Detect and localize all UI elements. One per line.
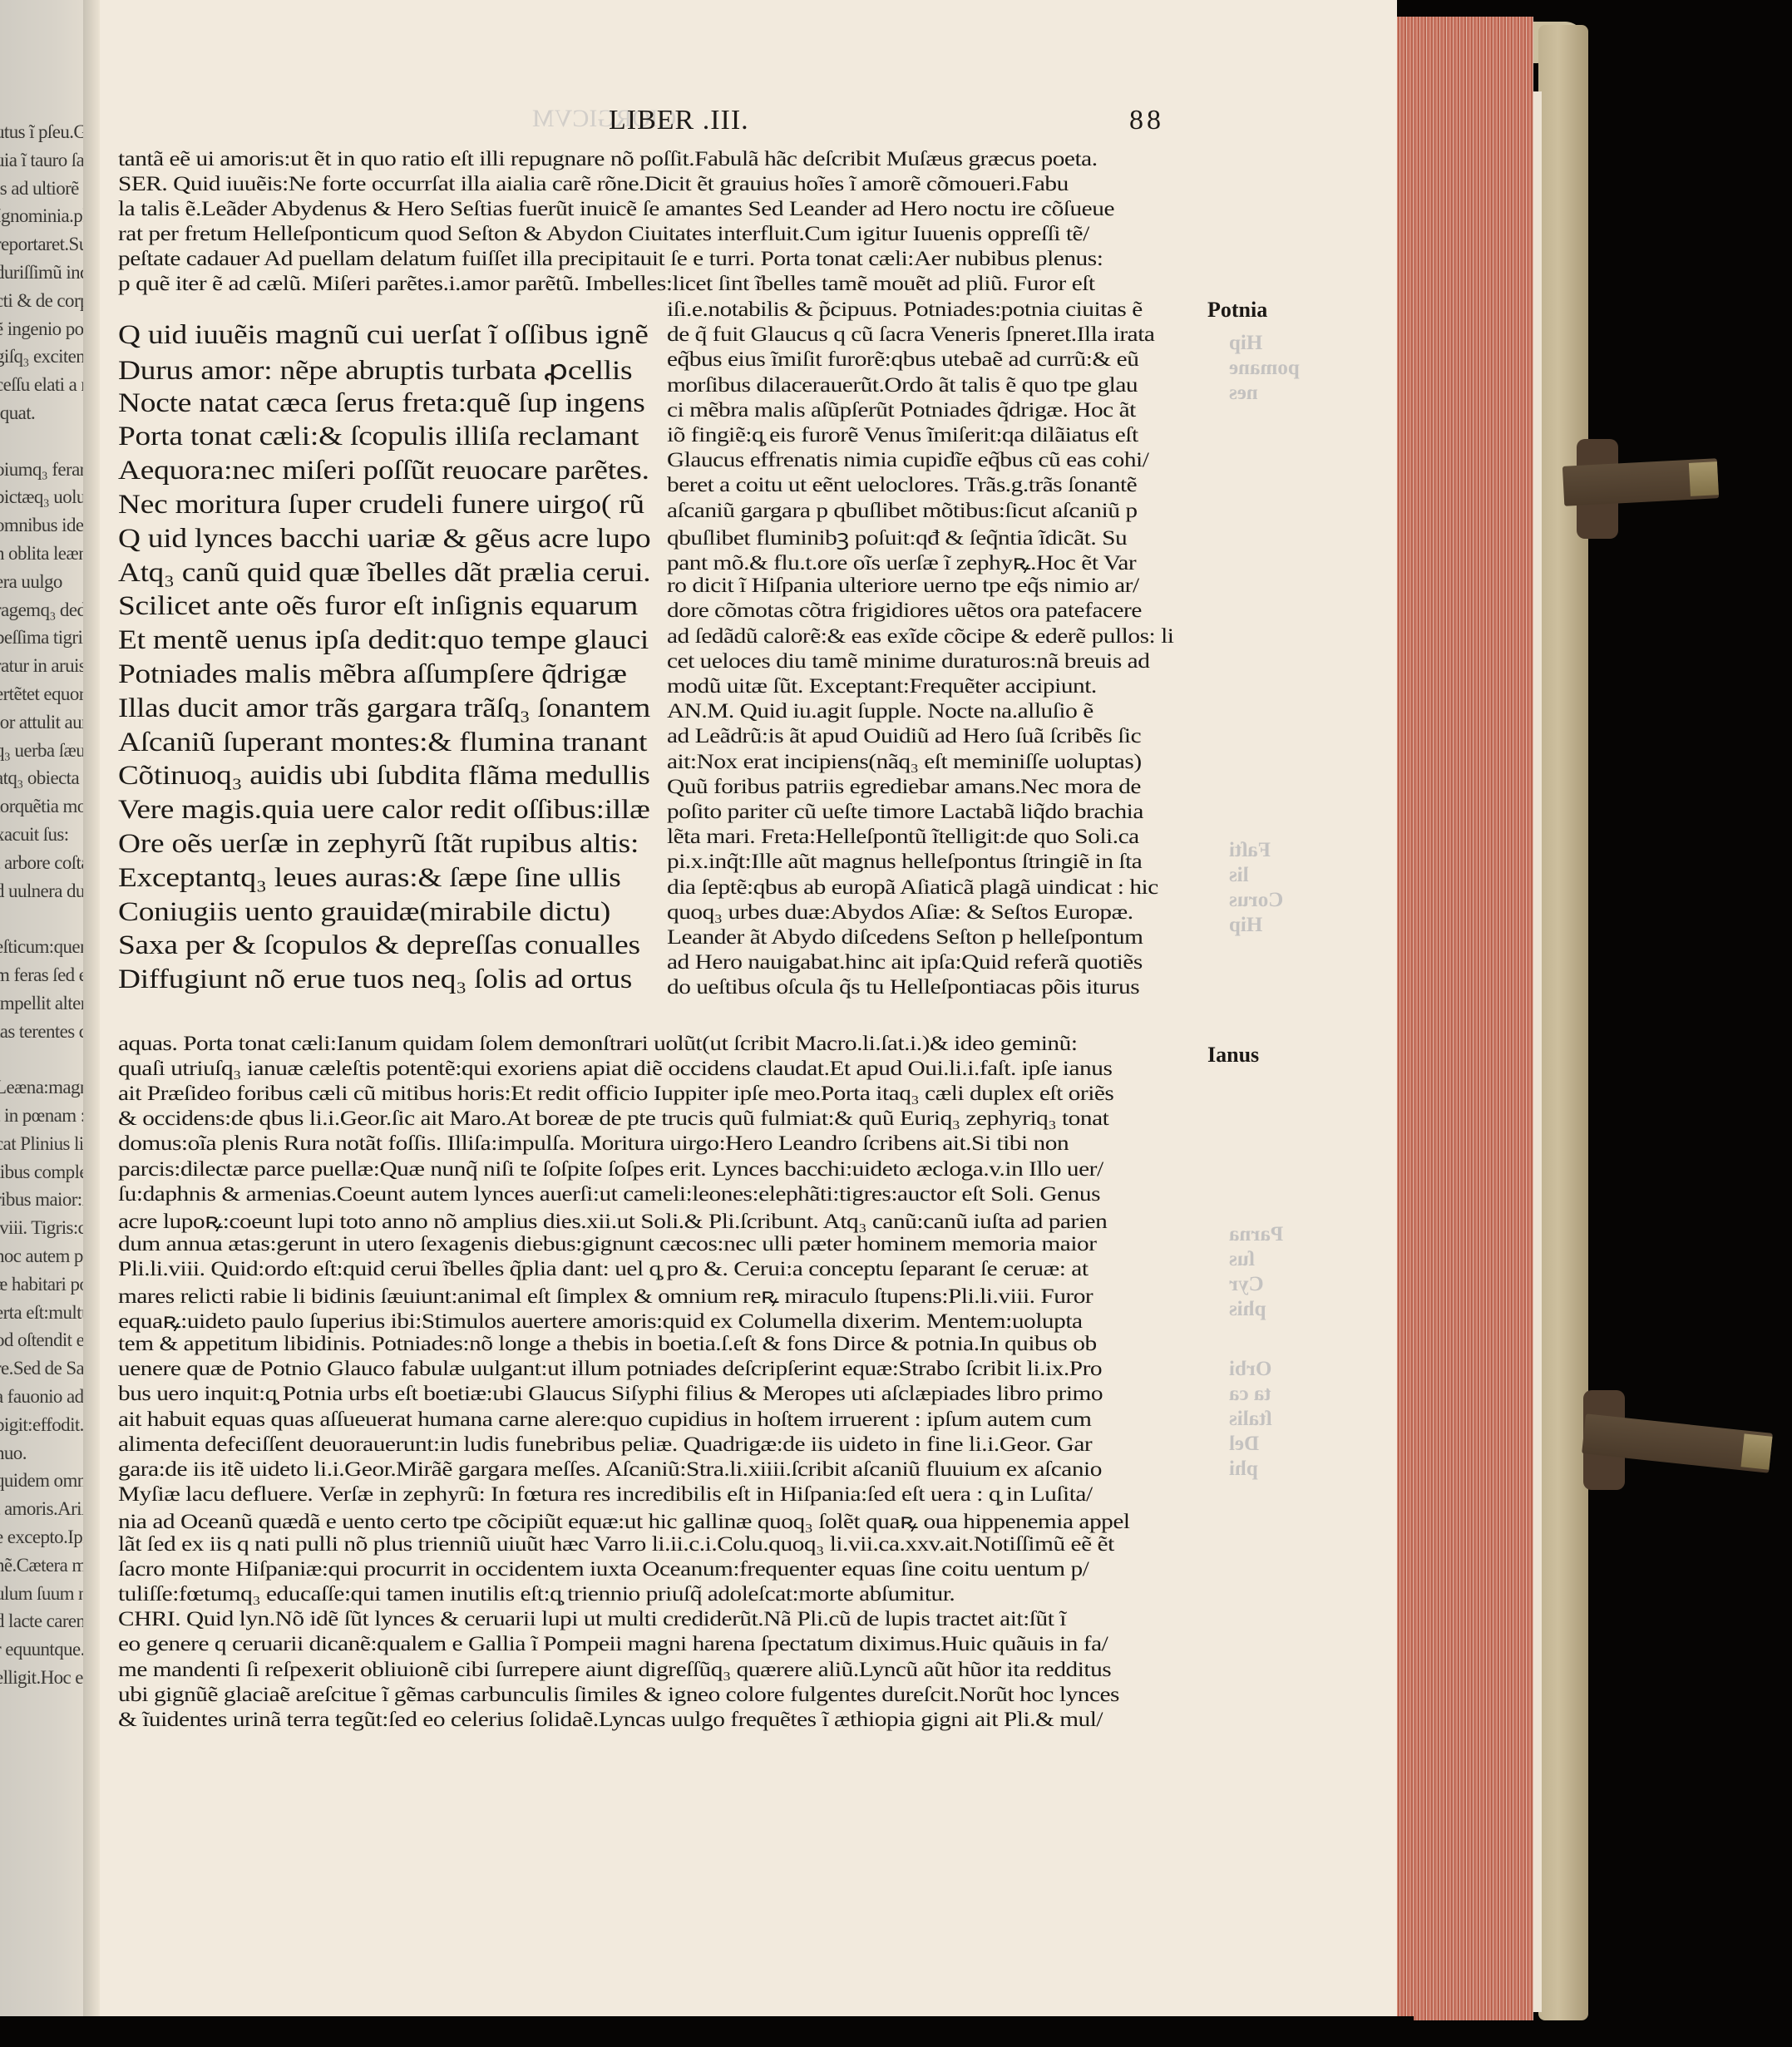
left-page-verso: utus ĩ pſeu.Gẽuia ĩ tauro ſangis ad ulti… — [0, 0, 93, 2047]
bottomProse-line: ait Præſideo foribus cæli cũ mitibus hor… — [118, 1081, 1113, 1106]
verso-text-fragment: ceſſu elati a null — [0, 371, 93, 399]
verso-text-fragment: ratur in aruis — [0, 652, 93, 680]
verso-text-fragment: re.Sed de Sabellis uideto — [0, 1354, 93, 1383]
verso-text-fragment: nuo. — [0, 1439, 93, 1467]
red-stained-fore-edge — [1387, 17, 1533, 2020]
rightCol-line: ad ſedãdũ calorẽ:& eas exĩde cõcipe & ed… — [667, 624, 1173, 649]
verso-text-fragment: impellit alterni — [0, 989, 93, 1018]
bottomProse-line: lãt ſed ex iis q nati pulli nõ plus trie… — [118, 1532, 1114, 1556]
bleed-through-word: lis — [1229, 863, 1283, 888]
bottomProse-line: aquas. Porta tonat cæli:Ianum quidam ſol… — [118, 1031, 1078, 1056]
rightCol-line: do ueſtibus oſcula q̃s tu Helleſpontiaca… — [667, 974, 1139, 999]
verso-text-fragment: Leæna:magna le — [0, 1073, 93, 1102]
verso-text-fragment: ertẽtet equorũ — [0, 680, 93, 708]
bottomProse-line: acre lupoꝶ:coeunt lupi toto anno nõ ampl… — [118, 1206, 1107, 1235]
verso-text-fragment: t amoris.Ariſtoteles enim — [0, 1495, 93, 1523]
rightCol-line: modũ uitæ ſũt. Exceptant:Frequẽter accip… — [667, 673, 1097, 698]
topProse-line: p quẽ iter ẽ ad cælũ. Miſeri parẽtes.i.a… — [118, 271, 1095, 296]
verse-line: Q uid lynces bacchi uariæ & gẽus acre lu… — [118, 524, 650, 555]
bleed-through-word: Faſti — [1229, 838, 1283, 863]
bottomProse-line: Myſiæ lacu defluere. Verſæ in zephyrũ: I… — [118, 1482, 1093, 1507]
bleed-through-word: phis — [1229, 1297, 1283, 1322]
verso-text-fragment: t arbore coſtas — [0, 849, 93, 877]
folio-number: 88 — [1129, 105, 1164, 136]
rightCol-line: ad Leãdrũ:is ãt apud Ouidiũ ad Hero ſuã … — [667, 723, 1141, 748]
verso-text-fragment: d lacte carentes deprau — [0, 1607, 93, 1635]
rightCol-line: ait:Nox erat incipiens(nãq₃ eſt meminiſſ… — [667, 749, 1142, 774]
bottomProse-line: eo genere q ceruarii dicanẽ:qualem e Gal… — [118, 1631, 1108, 1656]
rightCol-line: qbuſlibet fluminibꝫ poſuit:qđ & ſeq̃ntia… — [667, 523, 1127, 551]
verse-line: Nocte natat cæca ſerus freta:quẽ ſup ing… — [118, 388, 645, 419]
rightCol-line: pant mõ.& flu.t.ore oĩs uerſæ ĩ zephyꝶ.H… — [667, 548, 1136, 576]
verso-text-fragment: oiumq₃ ferarũ — [0, 456, 93, 484]
bottomProse-line: & occidens:de qbus li.i.Geor.ſic ait Mar… — [118, 1106, 1108, 1131]
verso-text-fragment: cat Plinius libro — [0, 1130, 93, 1158]
bleed-through-note: Hippomanenes — [1229, 331, 1300, 406]
bleed-through-word: Orbi — [1229, 1357, 1271, 1382]
rightCol-line: ad Hero nauigabat.hinc ait ipſa:Quid ref… — [667, 950, 1143, 974]
verso-text-fragment: cti & de corpor — [0, 287, 93, 315]
verse-line: Exceptantq₃ leues auras:& ſæpe ſine ulli… — [118, 863, 621, 894]
verse-line: Ore oẽs uerſæ in zephyrũ ſtãt rupibus al… — [118, 829, 639, 860]
verse-line: Aſcaniũ ſuperant montes:& flumina tranan… — [118, 728, 647, 758]
verso-text-fragment: tibus complexi — [0, 1158, 93, 1186]
verso-text-fragment: e excepto.Ipſumque ini — [0, 1523, 93, 1551]
verso-text-fragment: r equuntque.Vnde & m — [0, 1635, 93, 1664]
bottomProse-line: quaſi utriuſq₃ ianuæ cæleſtis potentẽ:qu… — [118, 1056, 1112, 1081]
verso-text-fragment: Ignominia.ple — [0, 202, 93, 230]
rightCol-line: ci mẽbra malis aſũpſerũt Potniades q̃dri… — [667, 397, 1136, 422]
verse-line: Aequora:nec miſeri poſſũt reuocare parẽt… — [118, 456, 649, 486]
bleed-through-word: Parna — [1229, 1222, 1283, 1247]
verso-text-fragment: erta eſt:multum quo — [0, 1299, 93, 1327]
bleed-through-word: nes — [1229, 381, 1300, 406]
bottomProse-line: uenere quæ de Potnio Glauco fabulæ uulga… — [118, 1356, 1102, 1381]
rightCol-line: ro dicit ĩ Hiſpania ulteriore uerno tpe … — [667, 573, 1139, 598]
rightCol-line: de q̃ fuit Glaucus q cũ ſacra Veneris ſp… — [667, 322, 1154, 347]
rightCol-line: eq̃bus eius ĩmiſit furorẽ:qbus utebaẽ ad… — [667, 347, 1138, 372]
bottomProse-line: ubi gignũẽ glaciaẽ areſcitue ĩ gẽmas car… — [118, 1682, 1119, 1707]
verse-line: Durus amor: nẽpe abruptis turbata ꝓcelli… — [118, 354, 632, 387]
rightCol-line: dia ſeptẽ:qbus ab europã Aſiaticã plagã … — [667, 875, 1158, 900]
verse-line: Illas ducit amor trãs gargara trãſq₃ ſon… — [118, 693, 650, 724]
verso-text-fragment: pictæq₃ uolucr — [0, 483, 93, 511]
rightCol-line: cet ueloces diu tamẽ minime duraturos:nã… — [667, 649, 1149, 673]
bottomProse-line: tem & appetitum libidinis. Potniades:nõ … — [118, 1331, 1097, 1356]
verso-text-fragment: is ad ultiorẽ uel — [0, 175, 93, 203]
bleed-through-note: Orbita caſtalisDelphi — [1229, 1357, 1271, 1482]
verso-text-fragment: ribus maior:ſine — [0, 1186, 93, 1214]
verso-text-fragment: era uulgo — [0, 568, 93, 596]
verso-text-fragment: giſq₃ excitenẽ ut — [0, 343, 93, 371]
verso-text-fragment: eſticum:quemt — [0, 933, 93, 961]
bottomProse-line: gara:de iis itẽ uideto li.i.Geor.Mirãẽ g… — [118, 1457, 1102, 1482]
verso-text-fragment: xacuit ſus: — [0, 821, 93, 849]
bleed-through-word: ta ca — [1229, 1382, 1271, 1407]
running-head: LIBER .III. — [609, 105, 749, 136]
rightCol-line: beret a coitu ut eẽnt ueloclores. Trãs.g… — [667, 472, 1137, 497]
bleed-through-word: pomane — [1229, 356, 1300, 381]
topProse-line: tantã eẽ ui amoris:ut ẽt in quo ratio eſ… — [118, 146, 1098, 171]
rightCol-line: lẽta mari. Freta:Helleſpontũ ĩtelligit:d… — [667, 824, 1139, 849]
verse-line: Saxa per & ſcopulos & depreſſas conualle… — [118, 930, 640, 961]
topProse-line: SER. Quid iuuẽis:Ne forte occurrſat illa… — [118, 171, 1069, 196]
clasp-strap-upper — [1562, 458, 1719, 506]
topProse-line: peſtate cadauer Ad puellam delatum fuiſſ… — [118, 246, 1103, 271]
verse-line: Q uid iuuẽis magnũ cui uerſat ĩ oſſibus … — [118, 320, 649, 351]
bleed-through-note: ParnaſusCyrphis — [1229, 1222, 1283, 1322]
bottomProse-line: Pli.li.viii. Quid:ordo eſt:quid cerui ĩb… — [118, 1256, 1089, 1281]
bleed-through-word: ſtalis — [1229, 1407, 1271, 1432]
bottomProse-line: bus uero inquit:q̧ Potnia urbs eſt boeti… — [118, 1381, 1103, 1406]
verso-text-fragment: reportaret.Sup — [0, 230, 93, 259]
marginal-note-ianus: Ianus — [1207, 1043, 1259, 1068]
verso-text-fragment: n oblita leæna — [0, 540, 93, 568]
bottomProse-line: CHRI. Quid lyn.Nõ idẽ ſũt lynces & cerua… — [118, 1606, 1066, 1631]
rightCol-line: Leander ãt Abydo diſcedens Seſton p hell… — [667, 925, 1143, 950]
bleed-through-word: Hip — [1229, 913, 1283, 938]
bottomProse-line: alimenta defeciſſent deuorauerunt:in lud… — [118, 1432, 1092, 1457]
marginal-note-potnia: Potnia — [1207, 298, 1267, 323]
verso-text-fragment: od oſtendit equorum — [0, 1326, 93, 1354]
verso-text-fragment: ragemq₃ dedere — [0, 596, 93, 624]
verse-line: Scilicet ante oẽs furor eſt inſignis equ… — [118, 591, 638, 622]
bottomProse-line: dum annua ætas:gerunt in utero ſexagenis… — [118, 1231, 1097, 1256]
verso-text-fragment: atq₃ obiecta reta — [0, 764, 93, 792]
bottomProse-line: mares relicti rabie li bidinis ſæuiunt:a… — [118, 1281, 1093, 1310]
brass-clasp-tip-icon — [1689, 461, 1719, 496]
verso-text-fragment: bigit:effodit. Humeros — [0, 1411, 93, 1439]
verse-line: Porta tonat cæli:& ſcopulis illiſa recla… — [118, 422, 639, 452]
bottom-shadow — [0, 2016, 1414, 2047]
rightCol-line: iſi.e.notabilis & p̃cipuus. Potniades:po… — [667, 297, 1143, 322]
verso-text-fragment: æ habitari poſſent — [0, 1270, 93, 1299]
verso-text-fragment: uia ĩ tauro ſang — [0, 146, 93, 175]
bottomProse-line: domus:oĩa plenis Rura notãt foſſis. Illi… — [118, 1131, 1069, 1156]
rightCol-line: morſibus dilacerauerũt.Ordo ãt talis ẽ q… — [667, 372, 1138, 397]
rightCol-line: Glaucus effrenatis nimia cupidĩe eq̃bus … — [667, 447, 1148, 472]
bleed-through-word: Corus — [1229, 888, 1283, 913]
verso-text-fragment: t in pœnam : qu — [0, 1102, 93, 1130]
verse-line: Et mentẽ uenus ipſa dedit:quo tempe glau… — [118, 625, 649, 656]
rightCol-line: dore cõmotas cõtra frigidiores uẽtos ora… — [667, 598, 1142, 623]
bottomProse-line: ſu:daphnis & armenias.Coeunt autem lynce… — [118, 1181, 1100, 1206]
verso-text-fragment: omnibus idem — [0, 511, 93, 540]
verso-text-fragment: iquat. — [0, 399, 93, 427]
bottomProse-line: ſacro monte Hiſpaniæ:qui procurrit in oc… — [118, 1556, 1089, 1581]
bottomProse-line: tuliſſe:fœtumq₃ educaſſe:qui tamen inuti… — [118, 1581, 955, 1606]
verse-line: Atq₃ canũ quid quæ ĩbelles dãt prælia ce… — [118, 558, 650, 589]
verso-text-fragment: utus ĩ pſeu.Gẽ — [0, 118, 93, 146]
rightCol-line: Quũ foribus patriis egrediebar amans.Nec… — [667, 774, 1141, 799]
verso-text-fragment: nẽ.Cætera marem fugi — [0, 1551, 93, 1580]
bottomProse-line: nia ad Oceanũ quædã e uento certo tpe cõ… — [118, 1507, 1130, 1535]
bottomProse-line: ait habuit equas quas aſſueuerat humana … — [118, 1407, 1091, 1432]
rightCol-line: iõ fingiẽ:q̧ eis furorẽ Venus ĩmiſerit:q… — [667, 422, 1138, 447]
verso-text-fragment: d uulnera durat — [0, 877, 93, 905]
rightCol-line: poſito pariter cũ ueſte timore Lactabã l… — [667, 799, 1143, 824]
verso-text-fragment: .viii. Tigris:de tig — [0, 1214, 93, 1242]
bleed-through-word: Cyr — [1229, 1272, 1283, 1297]
rightCol-line: quoq₃ urbes duæ:Abydos Aſiæ: & Seſtos Eu… — [667, 900, 1133, 925]
verso-text-fragment: ulum ſuum nutriunt.S — [0, 1580, 93, 1608]
verso-text-fragment: a fauonio ad æquinocti — [0, 1383, 93, 1411]
verso-text-fragment: duriſſimũ inde — [0, 259, 93, 287]
verso-text-fragment: ẽ ingenio poeta — [0, 315, 93, 343]
rightCol-line: pi.x.inq̃t:Ille aũt magnus helleſpontus … — [667, 849, 1142, 874]
verse-line: Vere magis.quia uere calor redit oſſibus… — [118, 795, 650, 826]
verso-text-fragment: m feras ſed etiam — [0, 961, 93, 989]
bleed-through-note: FaſtilisCorusHip — [1229, 838, 1283, 938]
rightCol-line: AN.M. Quid iu.agit ſupple. Nocte na.allu… — [667, 698, 1093, 723]
bleed-through-word: ſus — [1229, 1247, 1283, 1272]
verse-line: Cõtinuoq₃ auidis ubi ſubdita flãma medul… — [118, 761, 650, 792]
verso-text-fragment: q₃ uerba ſæuda — [0, 737, 93, 765]
bottomProse-line: me mandenti ſi reſpexerit obliuionẽ cibi… — [118, 1657, 1111, 1682]
bleed-through-word: Hip — [1229, 331, 1300, 356]
verso-text-fragment: peſſima tigris — [0, 624, 93, 652]
verse-line: Nec moritura ſuper crudeli funere uirgo(… — [118, 490, 644, 520]
verso-text-fragment: quidem omni amantium — [0, 1467, 93, 1495]
verse-line: Diffugiunt nõ erue tuos neq₃ ſolis ad or… — [118, 964, 632, 995]
verse-line: Coniugiis uento grauidæ(mirabile dictu) — [118, 897, 610, 928]
bottomProse-line: equaꝶ:uideto paulo ſuperius ibi:Stimulos… — [118, 1306, 1083, 1334]
brass-clasp-tip-icon — [1740, 1433, 1772, 1469]
topProse-line: la talis ẽ.Leãder Abydenus & Hero Seſtia… — [118, 196, 1114, 221]
verso-text-fragment: hoc autem propter — [0, 1242, 93, 1270]
bleed-through-word: Del — [1229, 1432, 1271, 1457]
verso-text-fragment: tas terentes dur — [0, 1018, 93, 1046]
bottomProse-line: & ĩuidentes urinã terra tegũt:ſed eo cel… — [118, 1707, 1103, 1732]
bottomProse-line: parcis:dilectæ parce puellæ:Quæ nunq̃ ni… — [118, 1157, 1103, 1181]
vellum-cover-board — [1538, 25, 1588, 2020]
verso-text-fragment: torquẽtia mont — [0, 792, 93, 821]
rightCol-line: aſcaniũ gargara p qbuſlibet mõtibus:ſicu… — [667, 498, 1138, 523]
verso-text-fragment: lor attulit auras — [0, 708, 93, 737]
verso-text-fragment: elligit.Hoc exemplo d — [0, 1664, 93, 1692]
topProse-line: rat per fretum Helleſponticum quod Seſto… — [118, 221, 1089, 246]
verse-line: Potniades malis mẽbra aſſumpſere q̃drigæ — [118, 659, 627, 690]
bleed-through-word: phi — [1229, 1457, 1271, 1482]
